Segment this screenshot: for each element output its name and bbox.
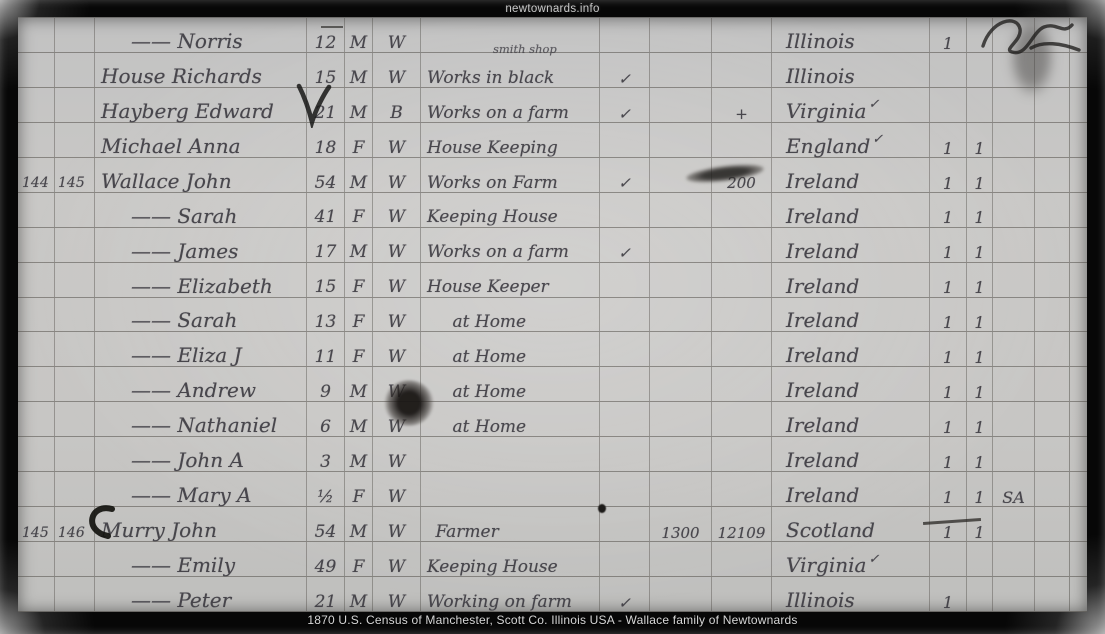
sex-cell: M: [345, 577, 373, 611]
birthplace-text: Illinois: [786, 32, 855, 51]
birthplace-text: Ireland: [786, 416, 859, 435]
father-foreign-tick-cell: 1: [930, 472, 967, 506]
birthplace-cell: Ireland: [772, 298, 930, 332]
age-cell: 9: [307, 367, 345, 401]
census-row: —— James 17 M W Works on a farm ✓ Irelan…: [18, 228, 1087, 263]
occupation-cell: at Home: [421, 298, 600, 332]
age-cell: 54: [307, 158, 345, 192]
age-cell: 18: [307, 123, 345, 157]
real-estate-value-cell: 1300: [650, 507, 712, 541]
age-cell: 11: [307, 332, 345, 366]
name-cell: —— Sarah: [95, 193, 307, 227]
birthplace-cell: Ireland: [772, 158, 930, 192]
color-cell: W: [373, 402, 421, 436]
mother-foreign-tick-cell: 1: [967, 158, 993, 192]
birthplace-text: Ireland: [786, 486, 859, 505]
age-cell: 49: [307, 542, 345, 576]
empty-edge-cell: [1070, 437, 1087, 471]
color-cell: B: [373, 88, 421, 122]
father-foreign-tick-cell: 1: [930, 367, 967, 401]
empty-edge-cell: [1070, 507, 1087, 541]
birthplace-text: Ireland: [786, 277, 859, 296]
mother-foreign-tick-cell: 1: [967, 298, 993, 332]
census-row: House Richards 15 M W Works in blacksmit…: [18, 53, 1087, 88]
empty-cell: [1035, 88, 1070, 122]
checkmark-cell: [600, 193, 650, 227]
occupation-cell: House Keeping: [421, 123, 600, 157]
empty-edge-cell: [1070, 298, 1087, 332]
census-row: Michael Anna 18 F W House Keeping Englan…: [18, 123, 1087, 158]
personal-estate-value-cell: [712, 402, 772, 436]
color-cell: W: [373, 542, 421, 576]
margin-note-cell: [993, 228, 1035, 262]
census-row: —— John A 3 M W Ireland 1 1: [18, 437, 1087, 472]
age-cell: 54: [307, 507, 345, 541]
sex-cell: F: [345, 542, 373, 576]
dwelling-number-cell: 145: [18, 507, 55, 541]
sex-cell: M: [345, 53, 373, 87]
empty-cell: [1035, 577, 1070, 611]
father-foreign-tick-cell: [930, 53, 967, 87]
empty-cell: [1035, 402, 1070, 436]
dwelling-number-cell: [18, 18, 55, 52]
occupation-text: Works on a farm: [427, 244, 569, 260]
real-estate-value-cell: [650, 577, 712, 611]
census-row: —— Eliza J 11 F W at Home Ireland 1 1: [18, 332, 1087, 367]
family-number-cell: [55, 577, 95, 611]
margin-note-cell: [993, 193, 1035, 227]
father-foreign-tick-cell: [930, 542, 967, 576]
checkmark-cell: [600, 123, 650, 157]
occupation-cell: Keeping House: [421, 193, 600, 227]
checkmark-cell: ✓: [600, 53, 650, 87]
birthplace-cell: Scotland: [772, 507, 930, 541]
census-row: —— Elizabeth 15 F W House Keeper Ireland…: [18, 263, 1087, 298]
name-cell: —— James: [95, 228, 307, 262]
real-estate-value-cell: [650, 332, 712, 366]
family-number-cell: [55, 88, 95, 122]
empty-cell: [1035, 123, 1070, 157]
census-sheet-scan: —— Norris 12 M W Illinois 1: [18, 17, 1087, 612]
personal-estate-value-cell: [712, 437, 772, 471]
empty-edge-cell: [1070, 332, 1087, 366]
sex-cell: F: [345, 298, 373, 332]
age-cell: 15: [307, 263, 345, 297]
mother-foreign-tick-cell: [967, 542, 993, 576]
personal-estate-value-cell: [712, 53, 772, 87]
birthplace-cell: Virginia✓: [772, 542, 930, 576]
personal-estate-value-cell: [712, 542, 772, 576]
family-number-cell: [55, 298, 95, 332]
occupation-text: Keeping House: [427, 559, 558, 575]
sex-cell: M: [345, 507, 373, 541]
empty-edge-cell: [1070, 472, 1087, 506]
name-cell: —— Andrew: [95, 367, 307, 401]
birthplace-cell: Ireland: [772, 332, 930, 366]
birthplace-cell: Virginia✓: [772, 88, 930, 122]
dwelling-number-cell: [18, 88, 55, 122]
name-cell: Wallace John: [95, 158, 307, 192]
real-estate-value-cell: [650, 263, 712, 297]
personal-estate-value-cell: [712, 193, 772, 227]
family-number-cell: [55, 53, 95, 87]
margin-note-cell: [993, 332, 1035, 366]
census-row: —— Nathaniel 6 M W at Home Ireland 1 1: [18, 402, 1087, 437]
empty-edge-cell: [1070, 53, 1087, 87]
sex-cell: F: [345, 123, 373, 157]
checkmark-cell: [600, 332, 650, 366]
personal-estate-value-cell: [712, 577, 772, 611]
occupation-text: at Home: [427, 384, 526, 400]
margin-note-cell: [993, 158, 1035, 192]
census-row: —— Emily 49 F W Keeping House Virginia✓: [18, 542, 1087, 577]
personal-estate-value-cell: [712, 123, 772, 157]
family-number-cell: [55, 402, 95, 436]
sex-cell: M: [345, 158, 373, 192]
father-foreign-tick-cell: 1: [930, 193, 967, 227]
dwelling-number-cell: [18, 228, 55, 262]
empty-edge-cell: [1070, 263, 1087, 297]
empty-cell: [1035, 298, 1070, 332]
occupation-text: at Home: [427, 314, 526, 330]
occupation-cell: Works on Farm: [421, 158, 600, 192]
father-foreign-tick-cell: 1: [930, 18, 967, 52]
name-cell: —— Sarah: [95, 298, 307, 332]
dwelling-number-cell: [18, 193, 55, 227]
family-number-cell: 146: [55, 507, 95, 541]
margin-note-cell: [993, 263, 1035, 297]
mother-foreign-tick-cell: 1: [967, 437, 993, 471]
empty-cell: [1035, 18, 1070, 52]
birthplace-text: England: [786, 137, 870, 156]
census-row: —— Andrew 9 M W at Home Ireland 1 1: [18, 367, 1087, 402]
family-number-cell: 145: [55, 158, 95, 192]
birthplace-text: Ireland: [786, 311, 859, 330]
age-cell: 13: [307, 298, 345, 332]
birthplace-cell: England✓: [772, 123, 930, 157]
father-foreign-tick-cell: [930, 88, 967, 122]
name-cell: Hayberg Edward: [95, 88, 307, 122]
family-number-cell: [55, 542, 95, 576]
family-number-cell: [55, 367, 95, 401]
census-row: —— Peter 21 M W Working on farm ✓ Illino…: [18, 577, 1087, 612]
checkmark-cell: ✓: [600, 228, 650, 262]
checkmark-cell: ✓: [600, 158, 650, 192]
father-foreign-tick-cell: 1: [930, 507, 967, 541]
real-estate-value-cell: [650, 193, 712, 227]
dwelling-number-cell: [18, 263, 55, 297]
birthplace-text: Ireland: [786, 242, 859, 261]
checkmark-cell: [600, 437, 650, 471]
birthplace-text: Illinois: [786, 591, 855, 610]
margin-note-cell: [993, 507, 1035, 541]
empty-cell: [1035, 332, 1070, 366]
real-estate-value-cell: [650, 367, 712, 401]
personal-estate-value-cell: [712, 332, 772, 366]
sex-cell: M: [345, 88, 373, 122]
occupation-cell: at Home: [421, 367, 600, 401]
real-estate-value-cell: [650, 123, 712, 157]
empty-edge-cell: [1070, 18, 1087, 52]
occupation-cell: [421, 472, 600, 506]
father-foreign-tick-cell: 1: [930, 228, 967, 262]
age-cell: 21: [307, 88, 345, 122]
personal-estate-value-cell: [712, 18, 772, 52]
personal-estate-value-cell: [712, 367, 772, 401]
dwelling-number-cell: [18, 298, 55, 332]
father-foreign-tick-cell: 1: [930, 298, 967, 332]
checkmark-cell: [600, 367, 650, 401]
birthplace-checkmark: ✓: [868, 554, 879, 566]
margin-note-cell: [993, 123, 1035, 157]
name-cell: —— Emily: [95, 542, 307, 576]
occupation-text: Farmer: [427, 524, 499, 540]
family-number-cell: [55, 193, 95, 227]
birthplace-cell: Illinois: [772, 53, 930, 87]
caption-bar: 1870 U.S. Census of Manchester, Scott Co…: [0, 612, 1105, 634]
dwelling-number-cell: [18, 53, 55, 87]
dwelling-number-cell: [18, 367, 55, 401]
census-row: —— Mary A ½ F W Ireland 1 1 SA: [18, 472, 1087, 507]
mother-foreign-tick-cell: 1: [967, 193, 993, 227]
empty-edge-cell: [1070, 542, 1087, 576]
empty-edge-cell: [1070, 367, 1087, 401]
margin-note-cell: [993, 18, 1035, 52]
father-foreign-tick-cell: 1: [930, 332, 967, 366]
checkmark-cell: ✓: [600, 88, 650, 122]
occupation-cell: House Keeper: [421, 263, 600, 297]
name-cell: —— Nathaniel: [95, 402, 307, 436]
empty-edge-cell: [1070, 402, 1087, 436]
empty-cell: [1035, 507, 1070, 541]
birthplace-checkmark: ✓: [868, 99, 879, 111]
color-cell: W: [373, 123, 421, 157]
site-title: newtownards.info: [505, 3, 599, 15]
real-estate-value-cell: [650, 298, 712, 332]
birthplace-text: Ireland: [786, 346, 859, 365]
margin-note-cell: [993, 53, 1035, 87]
occupation-cell: at Home: [421, 402, 600, 436]
margin-note-cell: [993, 437, 1035, 471]
occupation-superscript: smith shop: [493, 44, 557, 55]
age-cell: 21: [307, 577, 345, 611]
empty-edge-cell: [1070, 158, 1087, 192]
sex-cell: M: [345, 18, 373, 52]
occupation-text: at Home: [427, 419, 526, 435]
color-cell: W: [373, 263, 421, 297]
personal-estate-value-cell: [712, 263, 772, 297]
occupation-text: Keeping House: [427, 209, 558, 225]
occupation-cell: Farmer: [421, 507, 600, 541]
margin-note-cell: [993, 88, 1035, 122]
birthplace-cell: Illinois: [772, 577, 930, 611]
margin-note-cell: [993, 367, 1035, 401]
color-cell: W: [373, 193, 421, 227]
age-cell: 6: [307, 402, 345, 436]
birthplace-cell: Ireland: [772, 193, 930, 227]
family-number-cell: [55, 228, 95, 262]
birthplace-text: Ireland: [786, 451, 859, 470]
birthplace-text: Illinois: [786, 67, 855, 86]
birthplace-text: Virginia: [786, 556, 866, 575]
father-foreign-tick-cell: 1: [930, 577, 967, 611]
family-number-cell: [55, 263, 95, 297]
birthplace-text: Ireland: [786, 381, 859, 400]
checkmark-cell: [600, 18, 650, 52]
checkmark-cell: [600, 402, 650, 436]
occupation-text: Works in black: [427, 70, 554, 86]
mother-foreign-tick-cell: 1: [967, 402, 993, 436]
empty-cell: [1035, 472, 1070, 506]
color-cell: W: [373, 577, 421, 611]
census-row: —— Sarah 13 F W at Home Ireland 1 1: [18, 298, 1087, 333]
empty-edge-cell: [1070, 228, 1087, 262]
dwelling-number-cell: [18, 402, 55, 436]
occupation-cell: Works on a farm: [421, 88, 600, 122]
dwelling-number-cell: [18, 437, 55, 471]
name-cell: House Richards: [95, 53, 307, 87]
family-number-cell: [55, 472, 95, 506]
sex-cell: M: [345, 367, 373, 401]
margin-note-cell: [993, 298, 1035, 332]
dwelling-number-cell: [18, 332, 55, 366]
birthplace-cell: Ireland: [772, 437, 930, 471]
checkmark-cell: [600, 263, 650, 297]
census-row: 144 145 Wallace John 54 M W Works on Far…: [18, 158, 1087, 193]
census-row: Hayberg Edward 21 M B Works on a farm ✓ …: [18, 88, 1087, 123]
occupation-cell: Keeping House: [421, 542, 600, 576]
real-estate-value-cell: [650, 437, 712, 471]
sex-cell: F: [345, 332, 373, 366]
birthplace-cell: Illinois: [772, 18, 930, 52]
mother-foreign-tick-cell: [967, 88, 993, 122]
checkmark-cell: [600, 298, 650, 332]
color-cell: W: [373, 367, 421, 401]
occupation-cell: [421, 437, 600, 471]
checkmark-cell: [600, 472, 650, 506]
personal-estate-value-cell: [712, 298, 772, 332]
occupation-text: at Home: [427, 349, 526, 365]
sex-cell: F: [345, 472, 373, 506]
empty-cell: [1035, 263, 1070, 297]
occupation-cell: Working on farm: [421, 577, 600, 611]
name-cell: —— John A: [95, 437, 307, 471]
family-number-cell: [55, 123, 95, 157]
mother-foreign-tick-cell: 1: [967, 472, 993, 506]
census-row: 145 146 Murry John 54 M W Farmer 1300 12…: [18, 507, 1087, 542]
mother-foreign-tick-cell: [967, 18, 993, 52]
mother-foreign-tick-cell: 1: [967, 263, 993, 297]
empty-edge-cell: [1070, 88, 1087, 122]
empty-edge-cell: [1070, 577, 1087, 611]
name-cell: Murry John: [95, 507, 307, 541]
occupation-text: House Keeping: [427, 140, 558, 156]
checkmark-cell: [600, 542, 650, 576]
birthplace-cell: Ireland: [772, 228, 930, 262]
empty-cell: [1035, 437, 1070, 471]
color-cell: W: [373, 18, 421, 52]
real-estate-value-cell: [650, 88, 712, 122]
sex-cell: F: [345, 193, 373, 227]
empty-edge-cell: [1070, 193, 1087, 227]
census-row: —— Sarah 41 F W Keeping House Ireland 1 …: [18, 193, 1087, 228]
birthplace-checkmark: ✓: [872, 134, 883, 146]
empty-edge-cell: [1070, 123, 1087, 157]
empty-cell: [1035, 158, 1070, 192]
father-foreign-tick-cell: 1: [930, 158, 967, 192]
sex-cell: F: [345, 263, 373, 297]
mother-foreign-tick-cell: 1: [967, 507, 993, 541]
mother-foreign-tick-cell: 1: [967, 123, 993, 157]
birthplace-cell: Ireland: [772, 402, 930, 436]
age-cell: 12: [307, 18, 345, 52]
margin-note-cell: [993, 577, 1035, 611]
name-cell: —— Elizabeth: [95, 263, 307, 297]
age-cell: 3: [307, 437, 345, 471]
empty-cell: [1035, 53, 1070, 87]
personal-estate-value-cell: [712, 472, 772, 506]
father-foreign-tick-cell: 1: [930, 437, 967, 471]
dwelling-number-cell: [18, 577, 55, 611]
birthplace-text: Ireland: [786, 172, 859, 191]
color-cell: W: [373, 298, 421, 332]
color-cell: W: [373, 158, 421, 192]
name-cell: —— Mary A: [95, 472, 307, 506]
empty-cell: [1035, 542, 1070, 576]
occupation-cell: at Home: [421, 332, 600, 366]
empty-cell: [1035, 367, 1070, 401]
mother-foreign-tick-cell: 1: [967, 228, 993, 262]
margin-note-cell: SA: [993, 472, 1035, 506]
occupation-cell: Works in blacksmith shop: [421, 53, 600, 87]
color-cell: W: [373, 53, 421, 87]
occupation-cell: Works on a farm: [421, 228, 600, 262]
name-cell: Michael Anna: [95, 123, 307, 157]
color-cell: W: [373, 228, 421, 262]
birthplace-cell: Ireland: [772, 263, 930, 297]
sex-cell: M: [345, 437, 373, 471]
margin-note-cell: [993, 402, 1035, 436]
color-cell: W: [373, 472, 421, 506]
real-estate-value-cell: [650, 158, 712, 192]
family-number-cell: [55, 437, 95, 471]
real-estate-value-cell: [650, 402, 712, 436]
name-cell: —— Eliza J: [95, 332, 307, 366]
name-cell: —— Peter: [95, 577, 307, 611]
birthplace-cell: Ireland: [772, 367, 930, 401]
birthplace-text: Virginia: [786, 102, 866, 121]
real-estate-value-cell: [650, 18, 712, 52]
site-header-bar: newtownards.info: [0, 0, 1105, 17]
personal-estate-value-cell: +: [712, 88, 772, 122]
dwelling-number-cell: [18, 542, 55, 576]
mother-foreign-tick-cell: [967, 53, 993, 87]
personal-estate-value-cell: [712, 228, 772, 262]
real-estate-value-cell: [650, 472, 712, 506]
dwelling-number-cell: 144: [18, 158, 55, 192]
age-cell: 41: [307, 193, 345, 227]
occupation-text: Working on farm: [427, 594, 572, 610]
real-estate-value-cell: [650, 53, 712, 87]
real-estate-value-cell: [650, 228, 712, 262]
margin-note-cell: [993, 542, 1035, 576]
empty-cell: [1035, 193, 1070, 227]
birthplace-text: Ireland: [786, 207, 859, 226]
dwelling-number-cell: [18, 472, 55, 506]
color-cell: W: [373, 332, 421, 366]
occupation-text: Works on Farm: [427, 175, 558, 191]
color-cell: W: [373, 437, 421, 471]
